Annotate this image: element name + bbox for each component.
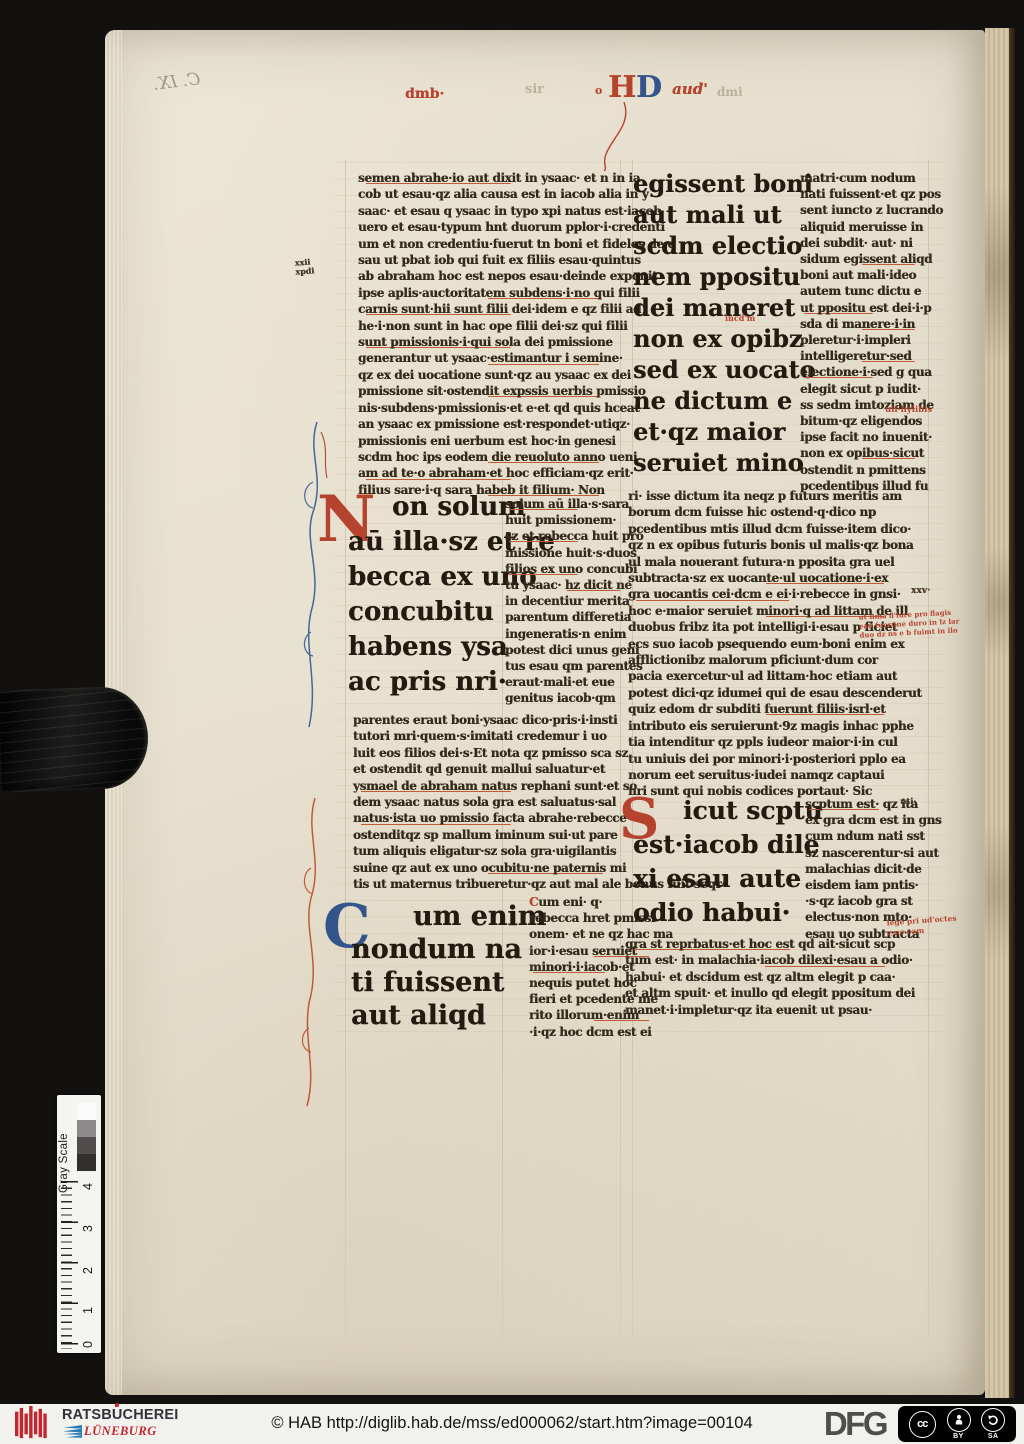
grayscale-ticks-major <box>61 1181 78 1349</box>
grayscale-label: Gray Scale <box>58 1101 74 1193</box>
grayscale-number: 1 <box>81 1307 95 1314</box>
margin-note-right-3: ut lima d'iure pro flagiseao fuerune dur… <box>858 607 960 639</box>
grayscale-number: 3 <box>81 1225 95 1232</box>
grayscale-number: 4 <box>81 1183 95 1190</box>
margin-note-right-2: xxv· <box>911 586 930 596</box>
sa-label: SA <box>988 1433 999 1440</box>
manuscript-page: C. IX. dmb· sir o H D aud' dmi semen abr… <box>105 30 985 1395</box>
grayscale-patch-dark <box>77 1137 96 1154</box>
running-header-faint-right: dmi <box>717 85 743 99</box>
ruling-vline <box>345 160 346 1335</box>
grayscale-patch-white <box>77 1103 96 1120</box>
grayscale-patches <box>77 1103 96 1171</box>
cc-letters: cc <box>917 1419 927 1430</box>
margin-flourish-icon <box>299 422 333 732</box>
page-clamp-streaks <box>0 685 150 792</box>
dfg-logo: DFG <box>824 1405 886 1443</box>
margin-flourish-icon <box>299 798 333 1108</box>
library-fan-icon <box>62 1423 82 1438</box>
grayscale-number: 0 <box>81 1341 95 1348</box>
commentary-block-c: ri· isse dictum ita neqz p futurs meriti… <box>628 488 923 800</box>
margin-note-right-5: lege pri ud'octesz nc cam <box>886 914 957 938</box>
scanned-manuscript-view: { "colors":{"red":"#b5432e","blue":"#345… <box>0 0 1024 1444</box>
margin-note-right-4: uti· <box>900 797 916 807</box>
gloss-column-3: matri·cum nodumnati fuissent·et qz posse… <box>800 170 932 494</box>
grayscale-patch-black <box>77 1154 96 1171</box>
running-header-suffix: aud' <box>672 80 708 98</box>
running-header-letter-d: D <box>636 70 662 105</box>
margin-note-left: xxiixpdi <box>294 257 314 276</box>
library-name: RATSBUCHEREI <box>62 1408 179 1423</box>
header-flourish-icon <box>600 102 634 172</box>
running-header-letter-h: H <box>608 70 636 105</box>
library-name-post: CHEREI <box>123 1407 179 1423</box>
grayscale-ruler: Gray Scale 4 3 2 1 0 <box>57 1095 101 1353</box>
margin-note-right-1: uii·hylibis <box>885 405 932 415</box>
footer-bar: RATSBUCHEREI LÜNEBURG © HAB http://digli… <box>0 1404 1024 1444</box>
cc-icon: cc <box>909 1411 936 1438</box>
library-name-pre: RATSB <box>62 1407 112 1423</box>
book-fore-edge <box>985 28 1011 1398</box>
grayscale-patch-light <box>77 1120 96 1137</box>
lemma-block-2: um enimnondum nati fuissentaut aliqd <box>351 900 521 1032</box>
library-name-umlaut-u: U <box>112 1407 123 1423</box>
book-cover-edge <box>1009 28 1015 1398</box>
cc-license-badge: cc BY SA <box>898 1406 1016 1442</box>
lemma-block-3: egissent boniaut mali utscdm electionem … <box>633 168 801 478</box>
by-icon: BY <box>947 1408 971 1440</box>
page-clamp <box>0 685 150 792</box>
library-city: LÜNEBURG <box>84 1425 157 1438</box>
running-header-faint-left: sir <box>525 82 544 97</box>
commentary-block-b: parentes eraut boni·ysaac dico·pris·i·in… <box>353 712 641 892</box>
pencil-foliation: C. IX. <box>152 69 202 95</box>
copyright-text: © HAB http://diglib.hab.de/mss/ed000062/… <box>271 1414 752 1433</box>
commentary-block-a: semen abrahe·io aut dixit in ysaac· et n… <box>358 170 636 498</box>
lemma-block-4: icut scptuest·iacob dilexi esau auteodio… <box>633 794 808 930</box>
lemma-block-1: on solumaū illa·sz et rebecca ex unoconc… <box>348 490 520 700</box>
library-bars-icon <box>6 1406 58 1440</box>
sa-icon: SA <box>981 1408 1005 1440</box>
gloss-column-1: solum aū illa·s·sarahuit pmissionem·sz e… <box>505 496 637 707</box>
running-header-left: dmb· <box>405 86 444 102</box>
margin-note-interlinear: incd'm <box>725 313 755 323</box>
by-label: BY <box>953 1433 964 1440</box>
share-alike-arrow-icon <box>986 1413 1000 1427</box>
grayscale-number: 2 <box>81 1267 95 1274</box>
library-logo: RATSBUCHEREI LÜNEBURG <box>6 1406 179 1440</box>
running-header-o: o <box>595 84 602 97</box>
person-icon <box>952 1413 966 1427</box>
commentary-block-d: gra st reprbatus·et hoc est qd ait·sicut… <box>625 936 925 1018</box>
